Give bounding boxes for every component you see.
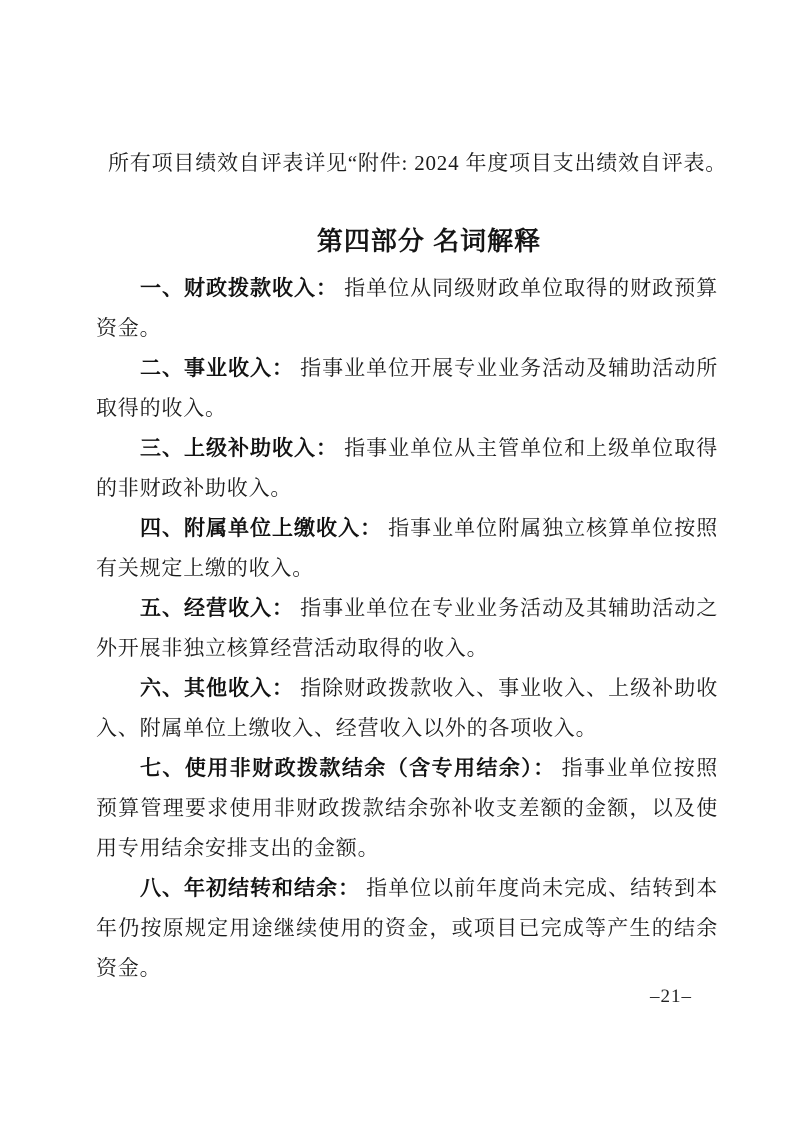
term-paragraph: 二、事业收入：指事业单位开展专业业务活动及辅助活动所取得的收入。	[96, 348, 718, 428]
term-label: 四、附属单位上缴收入：	[140, 516, 382, 540]
section-heading: 第四部分 名词解释	[96, 221, 718, 261]
term-paragraph: 三、上级补助收入：指事业单位从主管单位和上级单位取得的非财政补助收入。	[96, 428, 718, 508]
page-number: –21–	[650, 985, 692, 1009]
term-paragraph: 七、使用非财政拨款结余（含专用结余）：指事业单位按照预算管理要求使用非财政拨款结…	[96, 748, 718, 868]
term-paragraph: 四、附属单位上缴收入：指事业单位附属独立核算单位按照有关规定上缴的收入。	[96, 508, 718, 588]
term-paragraph: 六、其他收入：指除财政拨款收入、事业收入、上级补助收入、附属单位上缴收入、经营收…	[96, 668, 718, 748]
term-label: 一、财政拨款收入：	[140, 276, 338, 300]
term-label: 七、使用非财政拨款结余（含专用结余）：	[140, 756, 556, 780]
term-paragraph: 一、财政拨款收入：指单位从同级财政单位取得的财政预算资金。	[96, 268, 718, 348]
term-label: 五、经营收入：	[140, 596, 294, 620]
term-label: 二、事业收入：	[140, 356, 294, 380]
document-body: 所有项目绩效自评表详见“附件: 2024 年度项目支出绩效自评表。 第四部分 名…	[96, 143, 718, 988]
term-paragraph: 八、年初结转和结余：指单位以前年度尚未完成、结转到本年仍按原规定用途继续使用的资…	[96, 868, 718, 988]
term-label: 八、年初结转和结余：	[140, 876, 360, 900]
terms-list: 一、财政拨款收入：指单位从同级财政单位取得的财政预算资金。 二、事业收入：指事业…	[96, 268, 718, 988]
document-page: 所有项目绩效自评表详见“附件: 2024 年度项目支出绩效自评表。 第四部分 名…	[0, 0, 793, 1122]
term-label: 六、其他收入：	[140, 676, 294, 700]
term-label: 三、上级补助收入：	[140, 436, 338, 460]
term-paragraph: 五、经营收入：指事业单位在专业业务活动及其辅助活动之外开展非独立核算经营活动取得…	[96, 588, 718, 668]
intro-paragraph: 所有项目绩效自评表详见“附件: 2024 年度项目支出绩效自评表。	[108, 143, 718, 183]
